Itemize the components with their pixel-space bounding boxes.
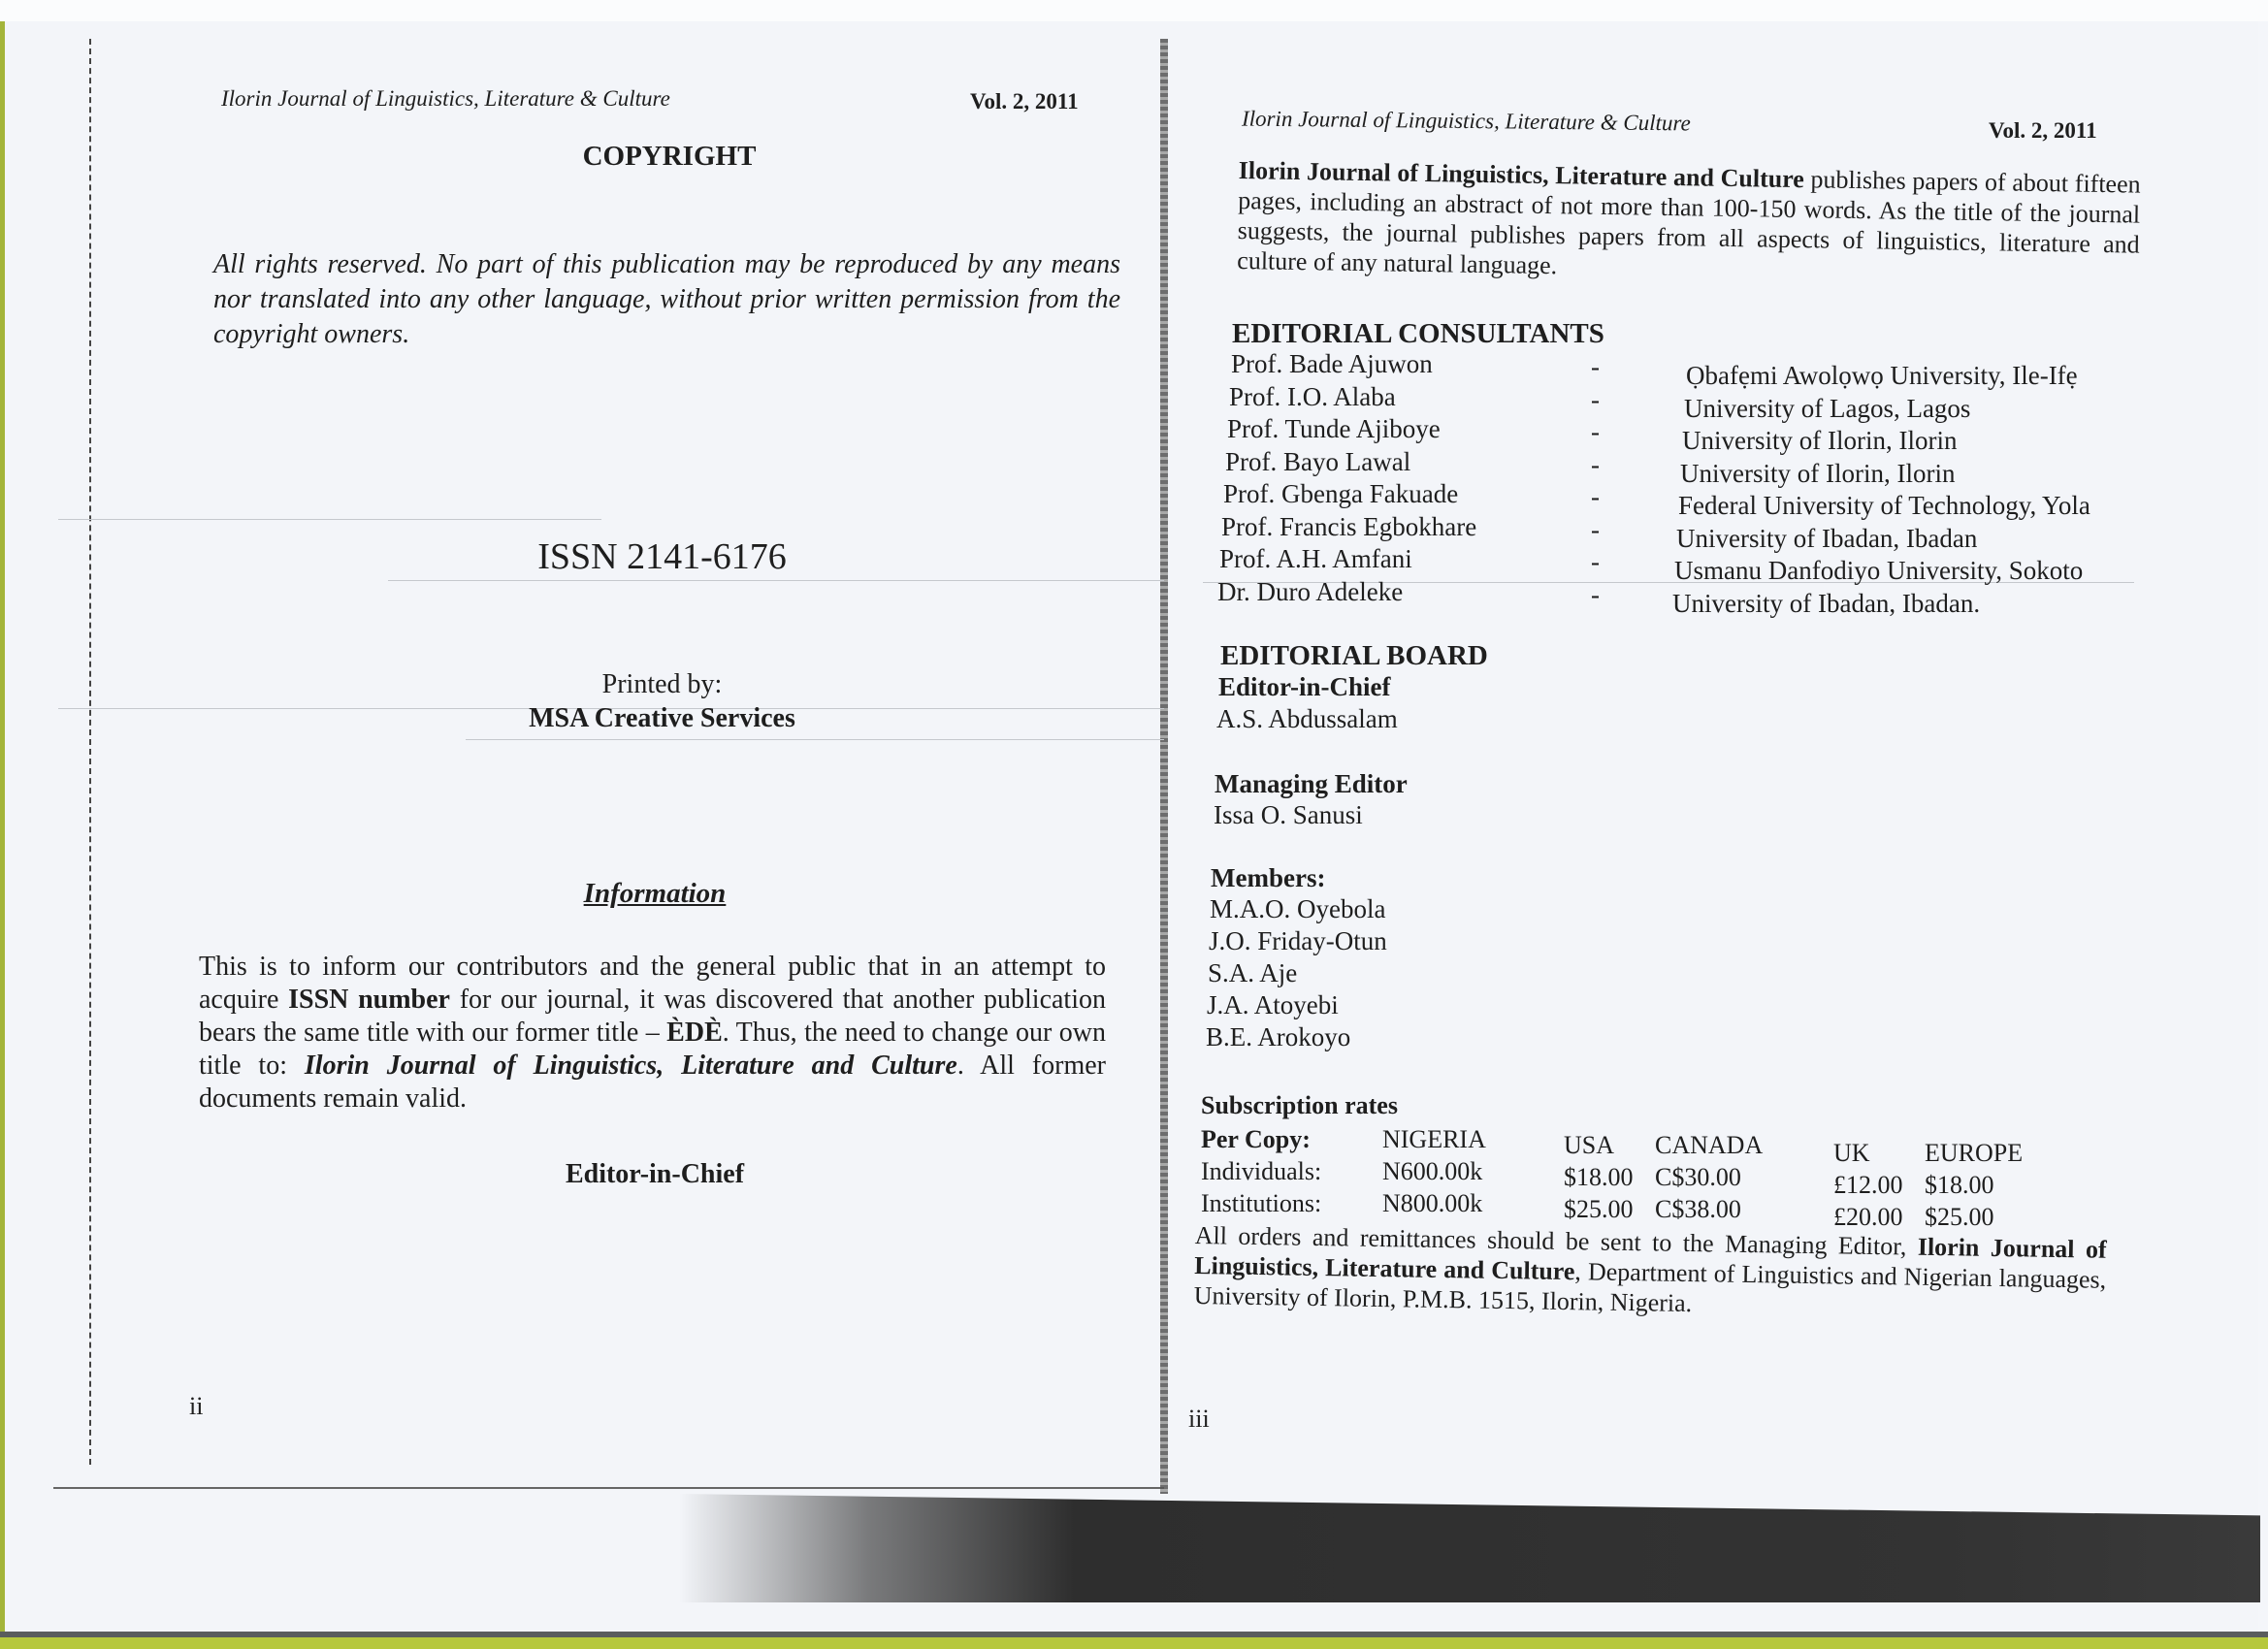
running-header-journal: Ilorin Journal of Linguistics, Literatur… xyxy=(221,86,670,112)
information-text: This is to inform our contributors and t… xyxy=(199,951,1106,1115)
editorial-board-title: EDITORIAL BOARD xyxy=(1220,640,1488,672)
board-member: M.A.O. Oyebola xyxy=(1210,894,1385,924)
signature-editor-in-chief: Editor-in-Chief xyxy=(194,1159,1116,1190)
members-label: Members: xyxy=(1211,863,1325,893)
copyright-title: COPYRIGHT xyxy=(194,141,1145,173)
information-title: Information xyxy=(194,878,1116,910)
consultant-affiliation: University of Ibadan, Ibadan. xyxy=(1672,589,1980,619)
editorial-consultants-title: EDITORIAL CONSULTANTS xyxy=(1232,318,1604,350)
consultant-separator: - xyxy=(1591,417,1600,447)
board-member: B.E. Arokoyo xyxy=(1206,1022,1350,1052)
managing-editor-label: Managing Editor xyxy=(1215,769,1408,799)
consultant-name: Dr. Duro Adeleke xyxy=(1217,577,1403,607)
consultant-affiliation: Usmanu Danfodiyo University, Sokoto xyxy=(1674,556,2083,586)
consultant-separator: - xyxy=(1591,482,1600,512)
consultant-separator: - xyxy=(1591,352,1600,382)
running-header-volume: Vol. 2, 2011 xyxy=(1989,118,2097,144)
scanner-edge-left xyxy=(0,0,5,1649)
rates-cell: $25.00 xyxy=(1925,1203,1994,1232)
info-new-title: Ilorin Journal of Linguistics, Literatur… xyxy=(305,1051,957,1081)
consultant-separator: - xyxy=(1591,547,1600,577)
subscription-title: Subscription rates xyxy=(1201,1091,1398,1120)
rates-cell: N800.00k xyxy=(1382,1189,1482,1218)
consultant-affiliation: University of Ibadan, Ibadan xyxy=(1676,524,1977,554)
consultant-affiliation: University of Ilorin, Ilorin xyxy=(1682,426,1957,456)
journal-intro: Ilorin Journal of Linguistics, Literatur… xyxy=(1237,155,2141,290)
rates-cell: C$38.00 xyxy=(1655,1195,1741,1224)
consultant-separator: - xyxy=(1591,580,1600,610)
consultant-name: Prof. Bade Ajuwon xyxy=(1231,349,1433,379)
rates-header-cell: Per Copy: xyxy=(1201,1125,1311,1154)
rates-cell: N600.00k xyxy=(1382,1157,1482,1186)
consultant-separator: - xyxy=(1591,450,1600,480)
copyright-text: All rights reserved. No part of this pub… xyxy=(213,247,1120,352)
consultant-name: Prof. A.H. Amfani xyxy=(1219,544,1412,574)
scan-top-margin xyxy=(0,0,2268,21)
scan-artifact-line xyxy=(466,739,1164,740)
rates-cell: Individuals: xyxy=(1201,1157,1321,1186)
consultant-affiliation: Ọbafẹmi Awolọwọ University, Ile-Ifẹ xyxy=(1686,361,2078,391)
book-spine xyxy=(1160,39,1168,1494)
scan-artifact-line xyxy=(58,519,601,520)
editor-in-chief-name: A.S. Abdussalam xyxy=(1216,704,1398,734)
consultant-separator: - xyxy=(1591,515,1600,545)
consultant-name: Prof. Bayo Lawal xyxy=(1225,447,1410,477)
rates-header-cell: UK xyxy=(1833,1139,1870,1168)
info-bold-former-title: ÈDÈ xyxy=(666,1018,723,1048)
consultant-affiliation: Federal University of Technology, Yola xyxy=(1678,491,2090,521)
consultant-affiliation: University of Ilorin, Ilorin xyxy=(1680,459,1955,489)
page-number-right: iii xyxy=(1188,1405,1210,1434)
board-member: J.O. Friday-Otun xyxy=(1209,926,1387,956)
board-member: J.A. Atoyebi xyxy=(1207,990,1339,1020)
page-number-left: ii xyxy=(189,1392,203,1421)
consultant-separator: - xyxy=(1591,385,1600,415)
rates-header-cell: CANADA xyxy=(1655,1131,1763,1160)
printer-name: MSA Creative Services xyxy=(291,703,1033,734)
editor-in-chief-label: Editor-in-Chief xyxy=(1218,672,1391,702)
rates-header-cell: USA xyxy=(1564,1131,1614,1160)
consultant-name: Prof. I.O. Alaba xyxy=(1229,382,1396,412)
consultant-name: Prof. Gbenga Fakuade xyxy=(1223,479,1458,509)
running-header-journal: Ilorin Journal of Linguistics, Literatur… xyxy=(1242,107,1691,137)
rates-cell: $18.00 xyxy=(1925,1171,1994,1200)
scan-artifact-line xyxy=(388,580,1164,581)
rates-header-cell: EUROPE xyxy=(1925,1139,2023,1168)
consultant-name: Prof. Francis Egbokhare xyxy=(1221,512,1476,542)
info-bold-issn: ISSN number xyxy=(288,985,450,1015)
rates-cell: $18.00 xyxy=(1564,1163,1634,1192)
scanner-edge-green xyxy=(0,1637,2268,1649)
page-edge-left xyxy=(89,39,93,1465)
managing-editor-name: Issa O. Sanusi xyxy=(1214,800,1363,830)
rates-cell: $25.00 xyxy=(1564,1195,1634,1224)
page-edge-bottom xyxy=(53,1487,1164,1489)
orders-text: All orders and remittances should be sen… xyxy=(1194,1220,2107,1325)
running-header-volume: Vol. 2, 2011 xyxy=(970,89,1079,114)
rates-cell: Institutions: xyxy=(1201,1189,1321,1218)
rates-cell: C$30.00 xyxy=(1655,1163,1741,1192)
consultant-name: Prof. Tunde Ajiboye xyxy=(1227,414,1441,444)
rates-cell: £12.00 xyxy=(1833,1171,1903,1200)
rates-cell: £20.00 xyxy=(1833,1203,1903,1232)
board-member: S.A. Aje xyxy=(1208,958,1297,988)
issn-number: ISSN 2141-6176 xyxy=(291,535,1033,578)
rates-header-cell: NIGERIA xyxy=(1382,1125,1486,1154)
printed-by-label: Printed by: xyxy=(291,669,1033,700)
consultant-affiliation: University of Lagos, Lagos xyxy=(1684,394,1970,424)
